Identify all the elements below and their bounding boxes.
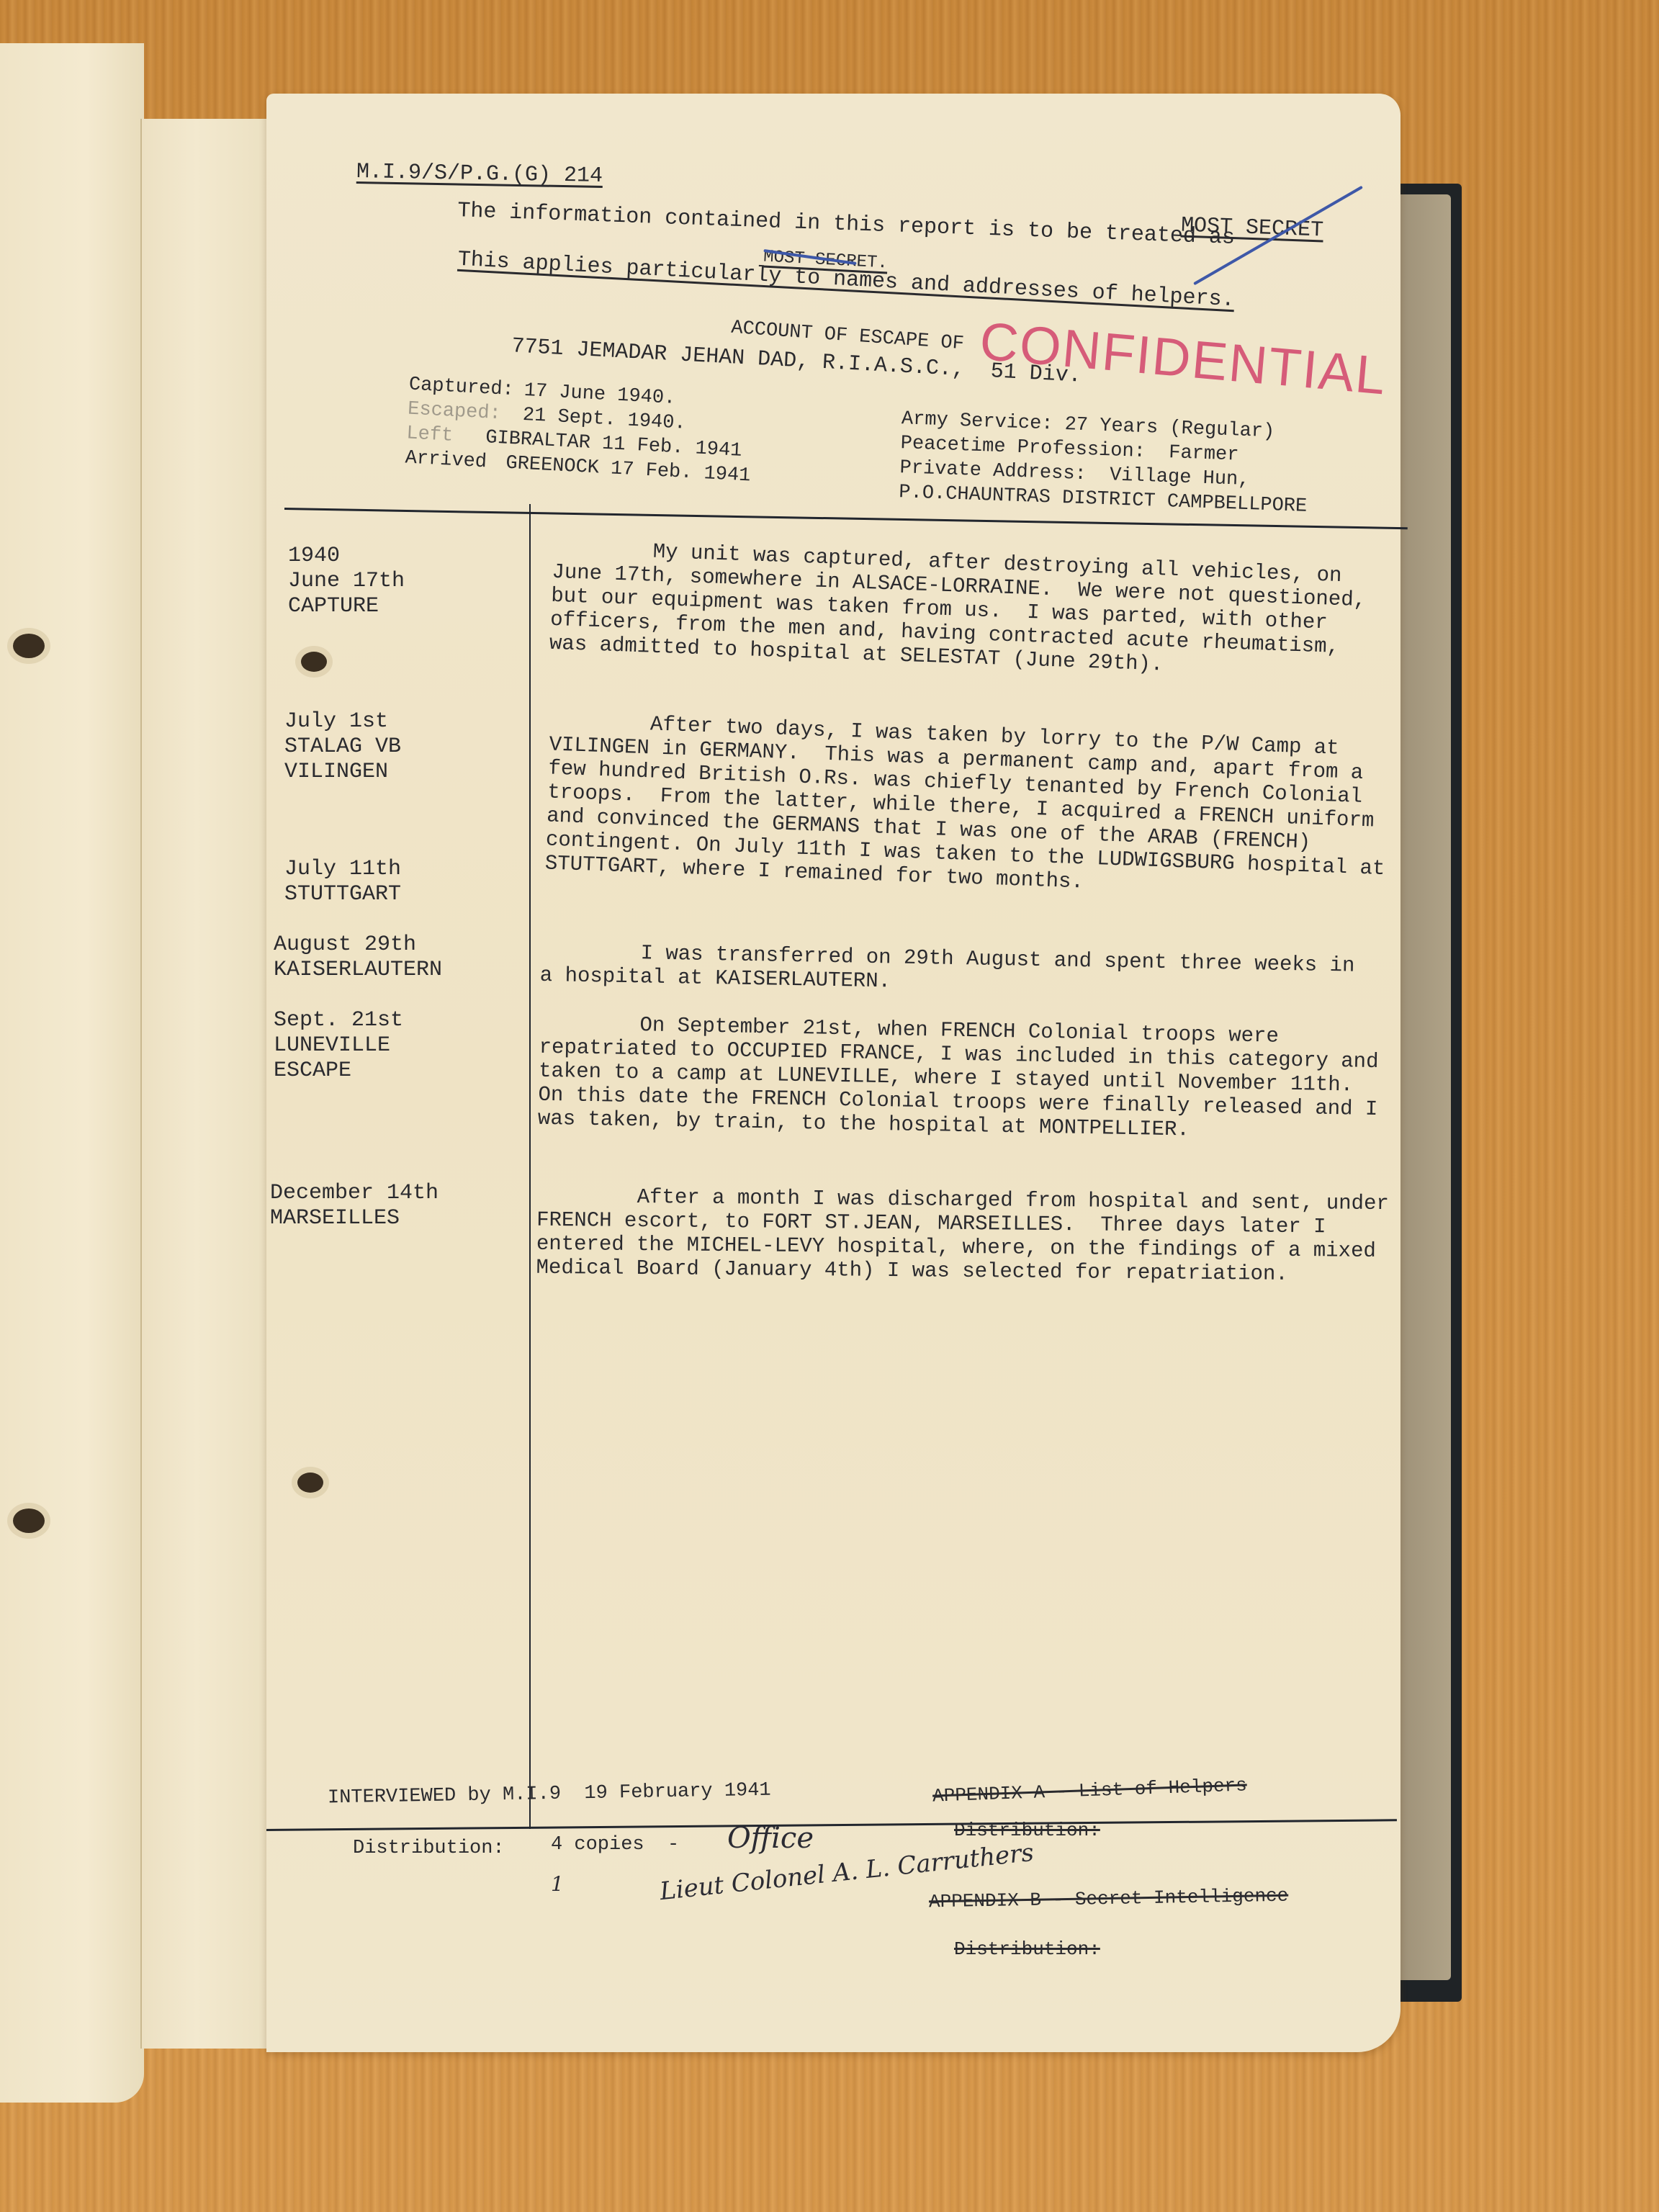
punch-hole [13, 634, 45, 658]
binder-inner-board [1393, 194, 1451, 1980]
appendix-a-distribution-struck: Distribution: [954, 1818, 1100, 1843]
classification-margin: MOST SECRET [1180, 214, 1323, 243]
narrative-paragraph: My unit was captured, after destroying a… [549, 536, 1388, 684]
report-reference: M.I.9/S/P.G.(G) 214 [356, 160, 603, 189]
handwritten-mark: 1 [551, 1872, 564, 1896]
margin-date-capture: 1940 June 17th CAPTURE [288, 544, 405, 619]
appendix-b-distribution-struck: Distribution: [954, 1937, 1100, 1961]
escape-details-right: Army Service: 27 Years (Regular) Peaceti… [899, 407, 1310, 519]
narrative-paragraph: After a month I was discharged from hosp… [536, 1184, 1401, 1287]
document-page: M.I.9/S/P.G.(G) 214 The information cont… [266, 94, 1401, 2052]
punch-hole [13, 1509, 45, 1533]
distribution-copies: 4 copies - [551, 1833, 679, 1857]
punch-hole [297, 1473, 323, 1493]
handwritten-office: Office [727, 1822, 814, 1855]
distribution-label: Distribution: [353, 1836, 505, 1861]
appendix-a-struck: APPENDIX A - List of Helpers [932, 1773, 1248, 1808]
column-divider [529, 504, 531, 1829]
margin-date-stuttgart: July 11th STUTTGART [284, 857, 401, 907]
binding-gutter [140, 119, 279, 2049]
appendix-b-struck: APPENDIX B - Secret Intelligence [929, 1884, 1289, 1915]
margin-date-kaiserlautern: August 29th KAISERLAUTERN [274, 932, 442, 983]
margin-date-stalag: July 1st STALAG VB VILINGEN [284, 709, 401, 785]
left-page-edge [0, 43, 144, 2103]
classification-notice: The information contained in this report… [457, 199, 1236, 251]
escape-details-left: Captured:17 June 1940. Escaped:21 Sept. … [405, 373, 755, 489]
table-bottom-rule [266, 1819, 1397, 1831]
narrative-paragraph: I was transferred on 29th August and spe… [540, 940, 1376, 1002]
interview-line: INTERVIEWED by M.I.9 19 February 1941 [328, 1779, 771, 1811]
punch-hole [301, 652, 327, 672]
margin-date-marseilles: December 14th MARSEILLES [270, 1181, 439, 1231]
confidential-stamp: CONFIDENTIAL [977, 310, 1389, 406]
margin-date-luneville: Sept. 21st LUNEVILLE ESCAPE [274, 1008, 403, 1084]
narrative-paragraph: After two days, I was taken by lorry to … [544, 709, 1399, 904]
narrative-paragraph: On September 21st, when FRENCH Colonial … [538, 1012, 1390, 1146]
